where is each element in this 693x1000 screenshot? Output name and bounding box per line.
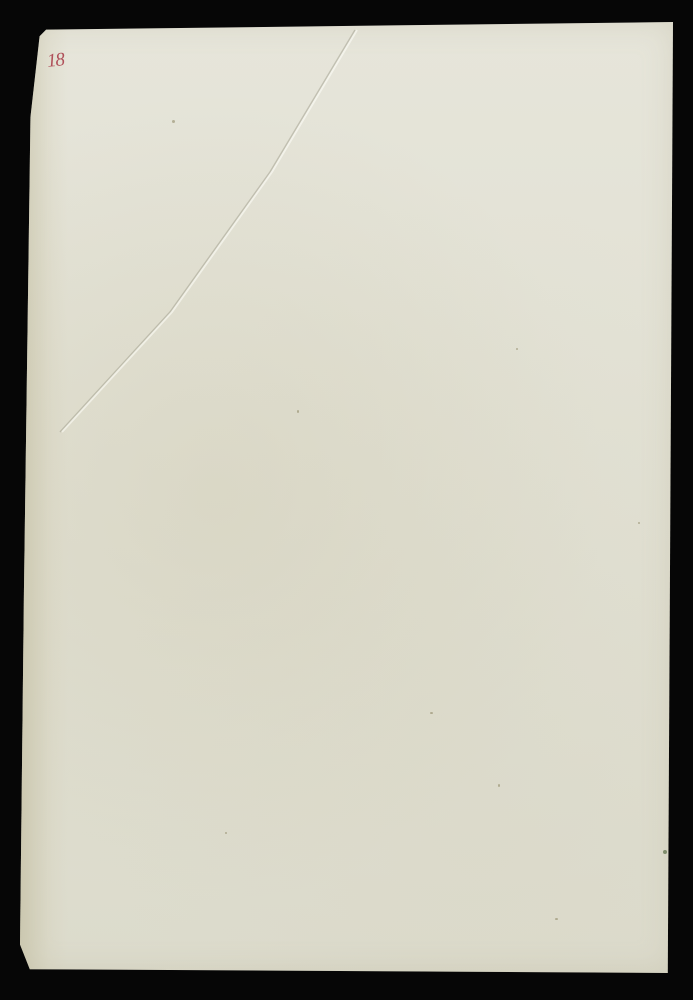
diagonal-fold-line <box>20 22 673 973</box>
paper-speck <box>516 348 518 350</box>
paper-speck <box>225 832 227 834</box>
page-number: 18 <box>46 49 65 73</box>
paper-speck <box>638 522 640 524</box>
paper-speck <box>498 784 500 787</box>
paper-speck <box>297 410 299 413</box>
paper-speck <box>555 918 558 920</box>
paper-speck <box>663 850 667 854</box>
paper-sheet: 18 <box>20 22 673 973</box>
paper-speck <box>172 120 175 123</box>
paper-speck <box>430 712 433 714</box>
